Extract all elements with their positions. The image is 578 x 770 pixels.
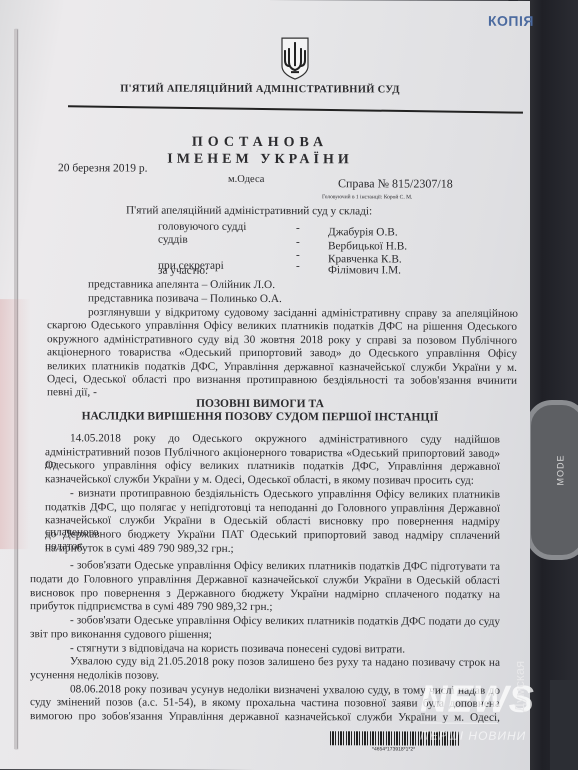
body-line: податків ДФС, що полягає у непідготовці … xyxy=(45,501,500,515)
participation-label: за участю: xyxy=(158,265,208,277)
document-date: 20 березня 2019 р. xyxy=(58,162,148,174)
copy-stamp: КОПІЯ xyxy=(488,13,534,29)
body-line: - визнати протиправною бездіяльність Оде… xyxy=(70,487,500,501)
section-heading-line2: НАСЛІДКИ ВИРІШЕННЯ ПОЗОВУ СУДОМ ПЕРШОЇ І… xyxy=(0,410,520,424)
judge-name: Джабурія О.В. xyxy=(328,226,398,238)
barcode-text: *4654*173918*1*2* xyxy=(372,746,415,752)
finger-shadow xyxy=(0,299,30,549)
coat-of-arms-icon xyxy=(280,36,310,80)
mode-knob: MODE xyxy=(526,400,578,560)
body-line: - зобов'язати Одеське управління Офісу в… xyxy=(70,614,500,628)
intro-line: акціонерного товариства «Одеський припор… xyxy=(47,346,517,360)
body-line: - стягнути з відповідача на користь пози… xyxy=(70,642,500,656)
body-line: подати до Головного управління Державної… xyxy=(30,573,500,587)
watermark-brand: Думская xyxy=(512,661,527,712)
intro-line: окружного адміністративного суду від 30 … xyxy=(47,333,517,347)
judge-name: Філімович І.М. xyxy=(328,264,401,276)
composition-role: суддів xyxy=(158,234,188,246)
first-instance-judge: Головуючий в 1 інстанції: Корой С. М. xyxy=(322,194,412,200)
watermark-divider xyxy=(420,723,498,724)
composition-dash: - xyxy=(296,236,300,248)
body-line: 14.05.2018 року до Одеського окружного а… xyxy=(70,432,500,446)
body-line: висновок про повернення з Державного бюд… xyxy=(30,587,500,601)
body-line: - зобов'язати Одеське управління Офісу в… xyxy=(70,560,500,574)
body-line: казначейської служби України у м. Одесі,… xyxy=(45,473,500,487)
composition-dash: - xyxy=(296,260,300,272)
body-line: на прибуток в сумі 489 790 989,32 грн.; xyxy=(45,542,500,556)
composition-role: головуючого судді xyxy=(158,221,246,233)
body-line: Одеського управління офісу великих платн… xyxy=(45,460,500,474)
watermark-tagline: ПЕРШІ НОВИНИ xyxy=(420,729,526,743)
composition-list: головуючого судді-Джабурія О.В.суддів-Ве… xyxy=(0,0,530,1)
header-divider xyxy=(68,105,523,113)
intro-line: великих платників податків ДФС, Управлін… xyxy=(47,360,517,374)
intro-line: скаргою Одеського управління Офісу велик… xyxy=(47,320,517,334)
composition-dash: - xyxy=(296,222,300,234)
section-heading-line1: ПОЗОВНІ ВИМОГИ ТА xyxy=(0,397,520,411)
intro-line: розглянувши у відкритому судовому засіда… xyxy=(88,306,518,320)
body-text: 14.05.2018 року до Одеського окружного а… xyxy=(0,0,530,1)
body-line: звіт про виконання судового рішення; xyxy=(30,628,500,642)
body-line: Ухвалою суду від 21.05.2018 року позов з… xyxy=(70,656,500,670)
representative-plaintiff: представника позивача – Полинько О.А. xyxy=(88,292,282,305)
composition-intro: П'ятий апеляційний адміністративний суд … xyxy=(126,205,372,218)
court-name: П'ЯТИЙ АПЕЛЯЦІЙНИЙ АДМІНІСТРАТИВНИЙ СУД xyxy=(0,83,520,96)
watermark-brand-bar xyxy=(550,680,578,770)
document-city: м.Одеса xyxy=(228,174,264,185)
document-title: ПОСТАНОВА xyxy=(0,134,520,152)
representative-appellant: представника апелянта – Олійник Л.О. xyxy=(88,278,275,291)
intro-line: Одесі, Одеської області про визнання про… xyxy=(47,373,517,387)
case-number: Справа № 815/2307/18 xyxy=(338,176,453,191)
judge-name: Вербицької Н.В. xyxy=(328,240,407,252)
intro-paragraph: розглянувши у відкритому судовому засіда… xyxy=(0,0,530,1)
body-line: прибуток підприємства в сумі 489 790 989… xyxy=(30,601,500,615)
document-page: КОПІЯ П'ЯТИЙ АПЕЛЯЦІЙНИЙ АДМІНІСТРАТИВНИ… xyxy=(0,0,530,770)
